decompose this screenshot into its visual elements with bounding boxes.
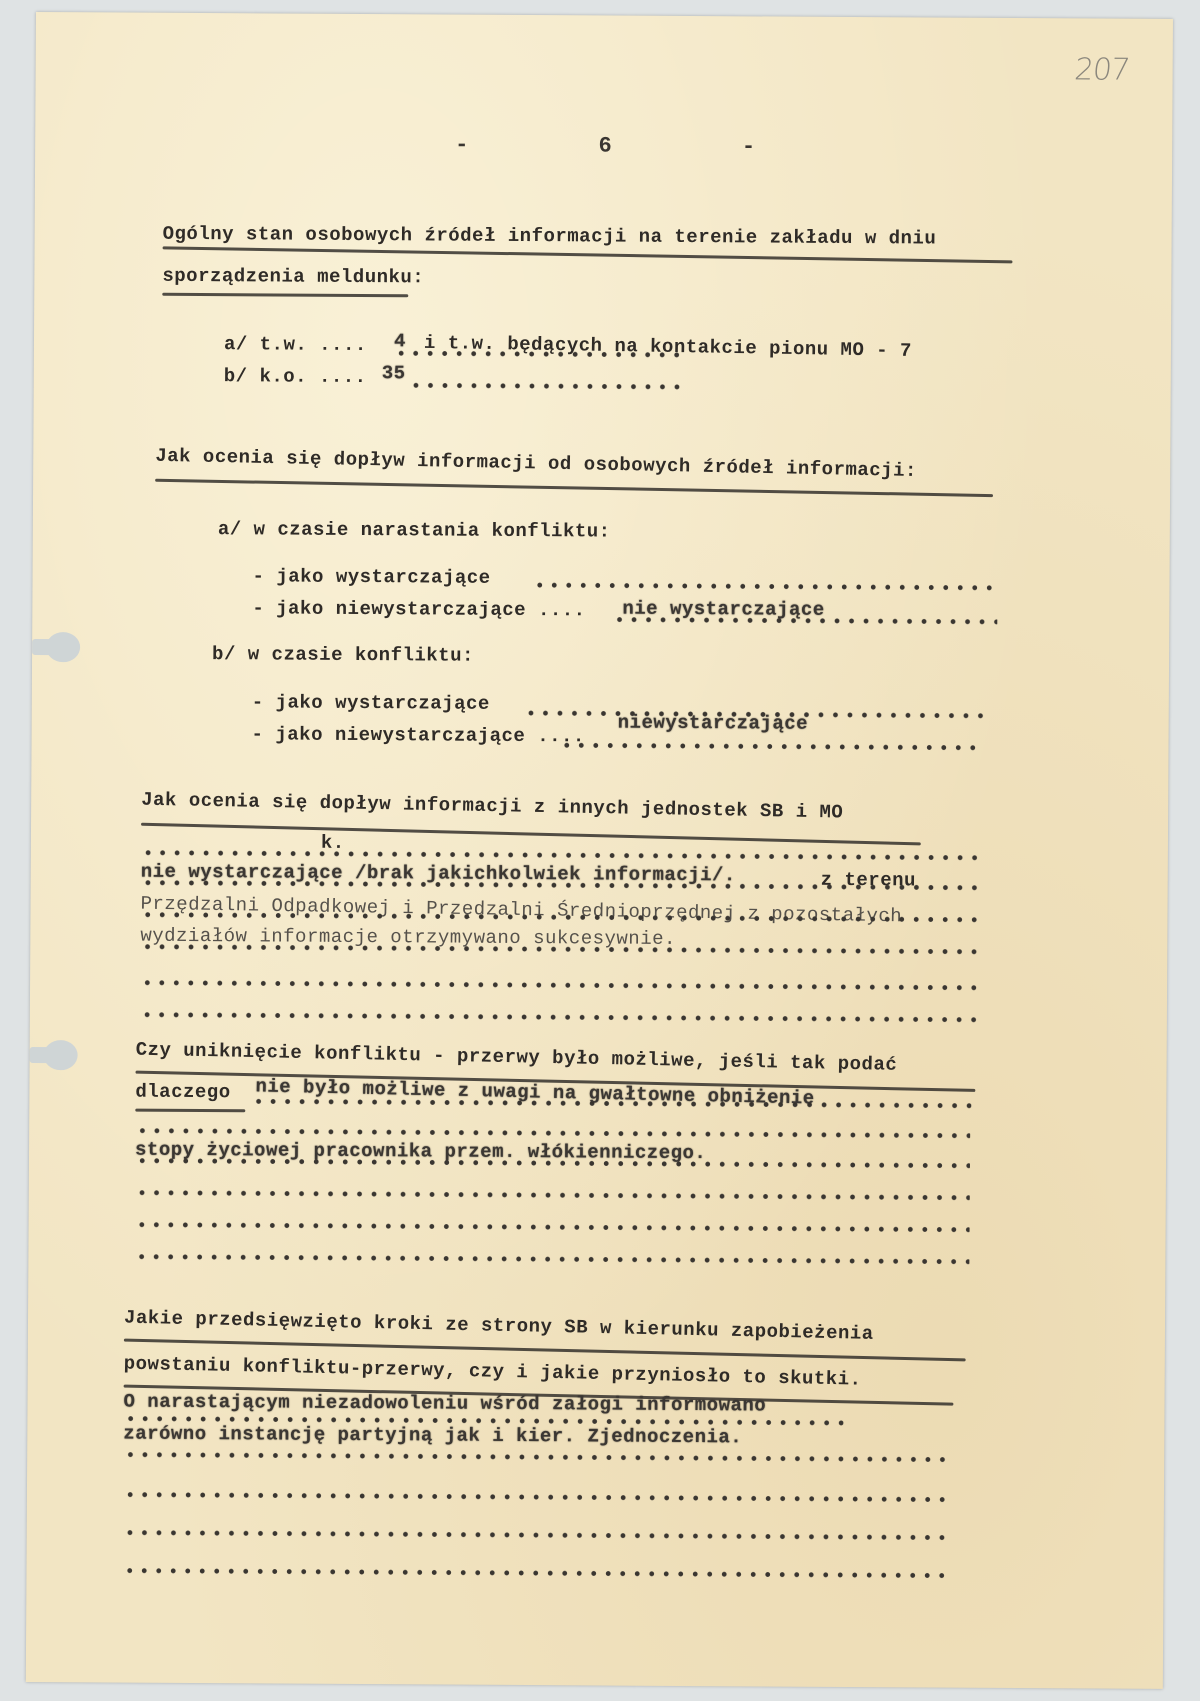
section5-answer-line1: O narastającym niezadowoleniu wśród zało… — [123, 1391, 766, 1417]
fill-dots — [560, 741, 984, 752]
section4-heading-line2: dlaczego — [135, 1081, 230, 1104]
underline — [141, 823, 921, 846]
section1-heading-line2: sporządzenia meldunku: — [162, 265, 424, 289]
sub-b-label: b/ w czasie konfliktu: — [212, 643, 474, 667]
punch-hole — [44, 1040, 78, 1070]
section4-heading-line1: Czy uniknięcie konfliktu - przerwy było … — [135, 1039, 897, 1076]
section3-heading: Jak ocenia się dopływ informacji z innyc… — [141, 789, 844, 824]
section1-heading-line1: Ogólny stan osobowych źródeł informacji … — [163, 223, 937, 250]
fill-dots — [135, 1157, 970, 1170]
underline — [162, 293, 408, 298]
section2-heading: Jak ocenia się dopływ informacji od osob… — [155, 445, 917, 482]
fill-dots — [141, 849, 981, 862]
sub-a-option-insufficient: - jako niewystarczające .... — [252, 597, 585, 621]
fill-dots — [140, 979, 980, 992]
fill-dots — [532, 581, 997, 592]
item-a-value: 4 — [394, 330, 406, 352]
fill-dots — [135, 1189, 970, 1202]
fill-dots — [135, 1221, 970, 1234]
fill-dots — [123, 1529, 953, 1542]
fill-dots — [123, 1451, 953, 1464]
item-a-label: a/ t.w. .... — [224, 333, 367, 356]
document-page: 207 - 6 - Ogólny stan osobowych źródeł i… — [26, 12, 1173, 1689]
section5-heading-line2: powstaniu konfliktu-przerwy, czy i jakie… — [124, 1353, 862, 1391]
sub-b-option-insufficient: - jako niewystarczające .... — [252, 723, 585, 747]
underline — [135, 1109, 245, 1113]
item-b-label: b/ k.o. .... — [224, 365, 367, 388]
section5-answer-line2: zarówno instancję partyjną jak i kier. Z… — [123, 1423, 742, 1449]
section3-mark: k. — [321, 832, 345, 854]
sub-b-answer: niewystarczające — [618, 712, 809, 735]
sub-a-option-sufficient: - jako wystarczające — [252, 565, 490, 588]
section5-heading-line1: Jakie przedsięwzięto kroki ze strony SB … — [124, 1307, 874, 1345]
sub-b-option-sufficient: - jako wystarczające — [252, 691, 490, 714]
item-b-value: 35 — [382, 362, 406, 384]
fill-dots — [135, 1127, 970, 1140]
fill-dots — [123, 1491, 953, 1504]
sub-a-label: a/ w czasie narastania konfliktu: — [218, 518, 611, 542]
fill-dots — [409, 381, 684, 391]
fill-dots — [140, 1011, 980, 1024]
fill-dots — [122, 1567, 952, 1580]
fill-dots — [140, 943, 980, 956]
punch-hole — [46, 632, 80, 662]
page-number: - 6 - — [455, 133, 755, 160]
underline — [155, 479, 993, 497]
fill-dots — [134, 1253, 969, 1266]
folio-number: 207 — [1072, 52, 1130, 87]
sub-a-answer: nie wystarczające — [622, 598, 824, 621]
